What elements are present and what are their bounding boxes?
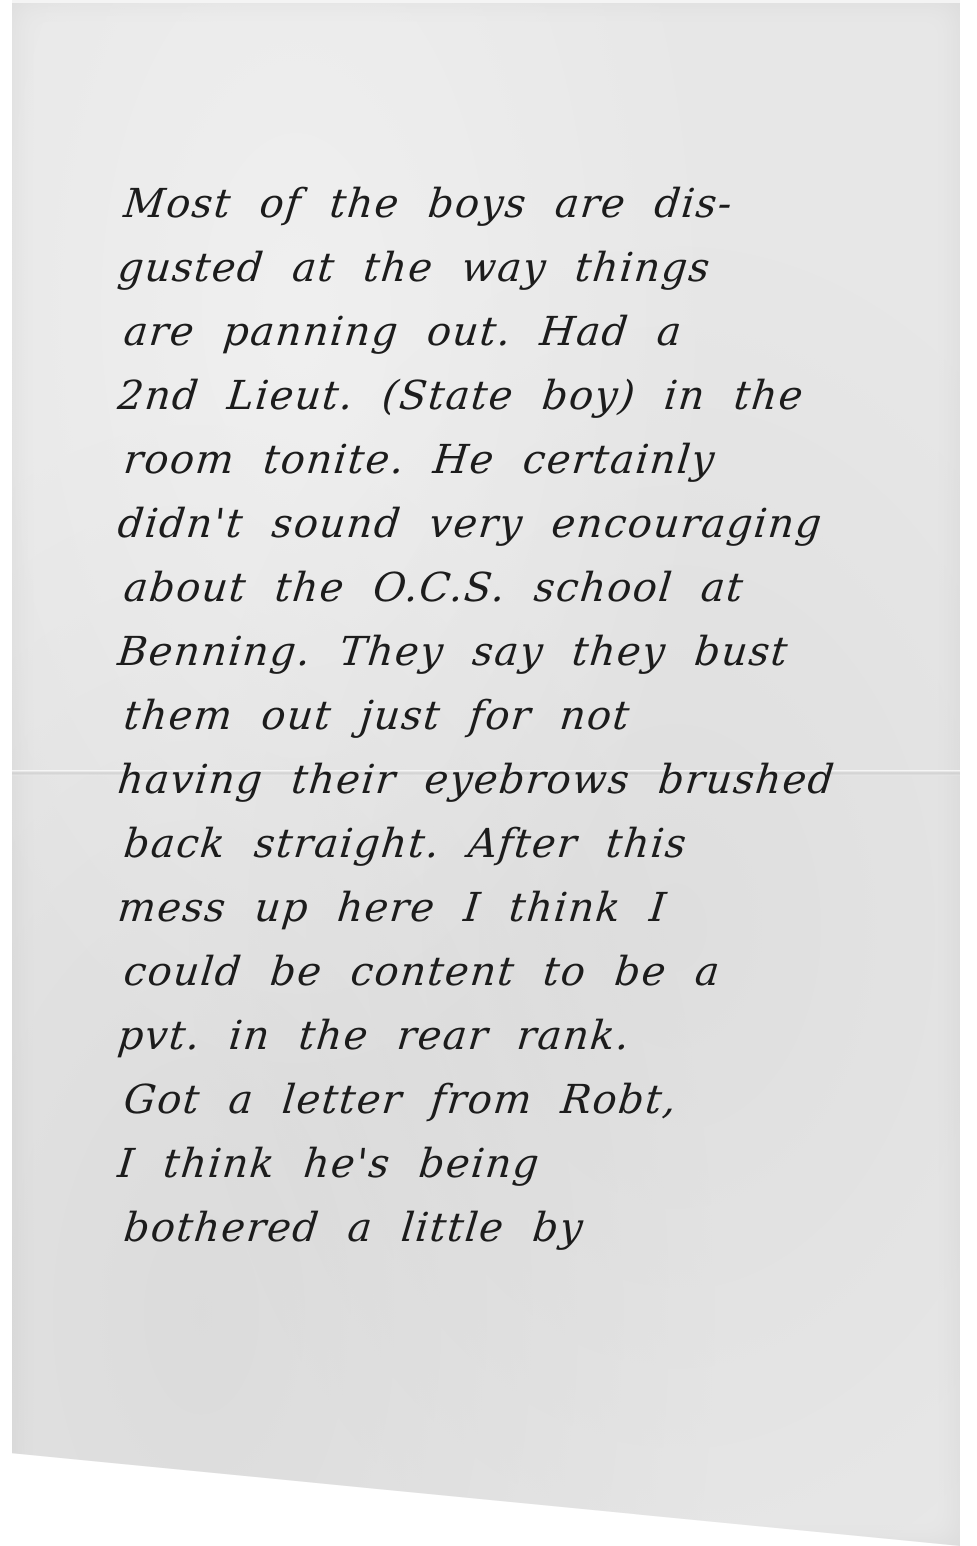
letter-line: Benning. They say they bust	[115, 620, 922, 684]
letter-line: having their eyebrows brushed	[115, 748, 922, 812]
letter-line: didn't sound very encouraging	[115, 492, 922, 556]
paper-top-edge	[12, 0, 960, 3]
letter-line: gusted at the way things	[115, 236, 922, 300]
letter-line: about the O.C.S. school at	[115, 556, 922, 620]
letter-line: bothered a little by	[115, 1196, 922, 1260]
letter-line: room tonite. He certainly	[115, 428, 922, 492]
letter-line: 2nd Lieut. (State boy) in the	[115, 364, 922, 428]
letter-line: Most of the boys are dis-	[115, 172, 922, 236]
letter-body: Most of the boys are dis- gusted at the …	[118, 172, 918, 1260]
letter-line: mess up here I think I	[115, 876, 922, 940]
letter-line: Got a letter from Robt,	[115, 1068, 922, 1132]
letter-line: back straight. After this	[115, 812, 922, 876]
letter-line: pvt. in the rear rank.	[115, 1004, 922, 1068]
letter-line: are panning out. Had a	[115, 300, 922, 364]
letter-line: I think he's being	[115, 1132, 922, 1196]
letter-line: them out just for not	[115, 684, 922, 748]
letter-line: could be content to be a	[115, 940, 922, 1004]
